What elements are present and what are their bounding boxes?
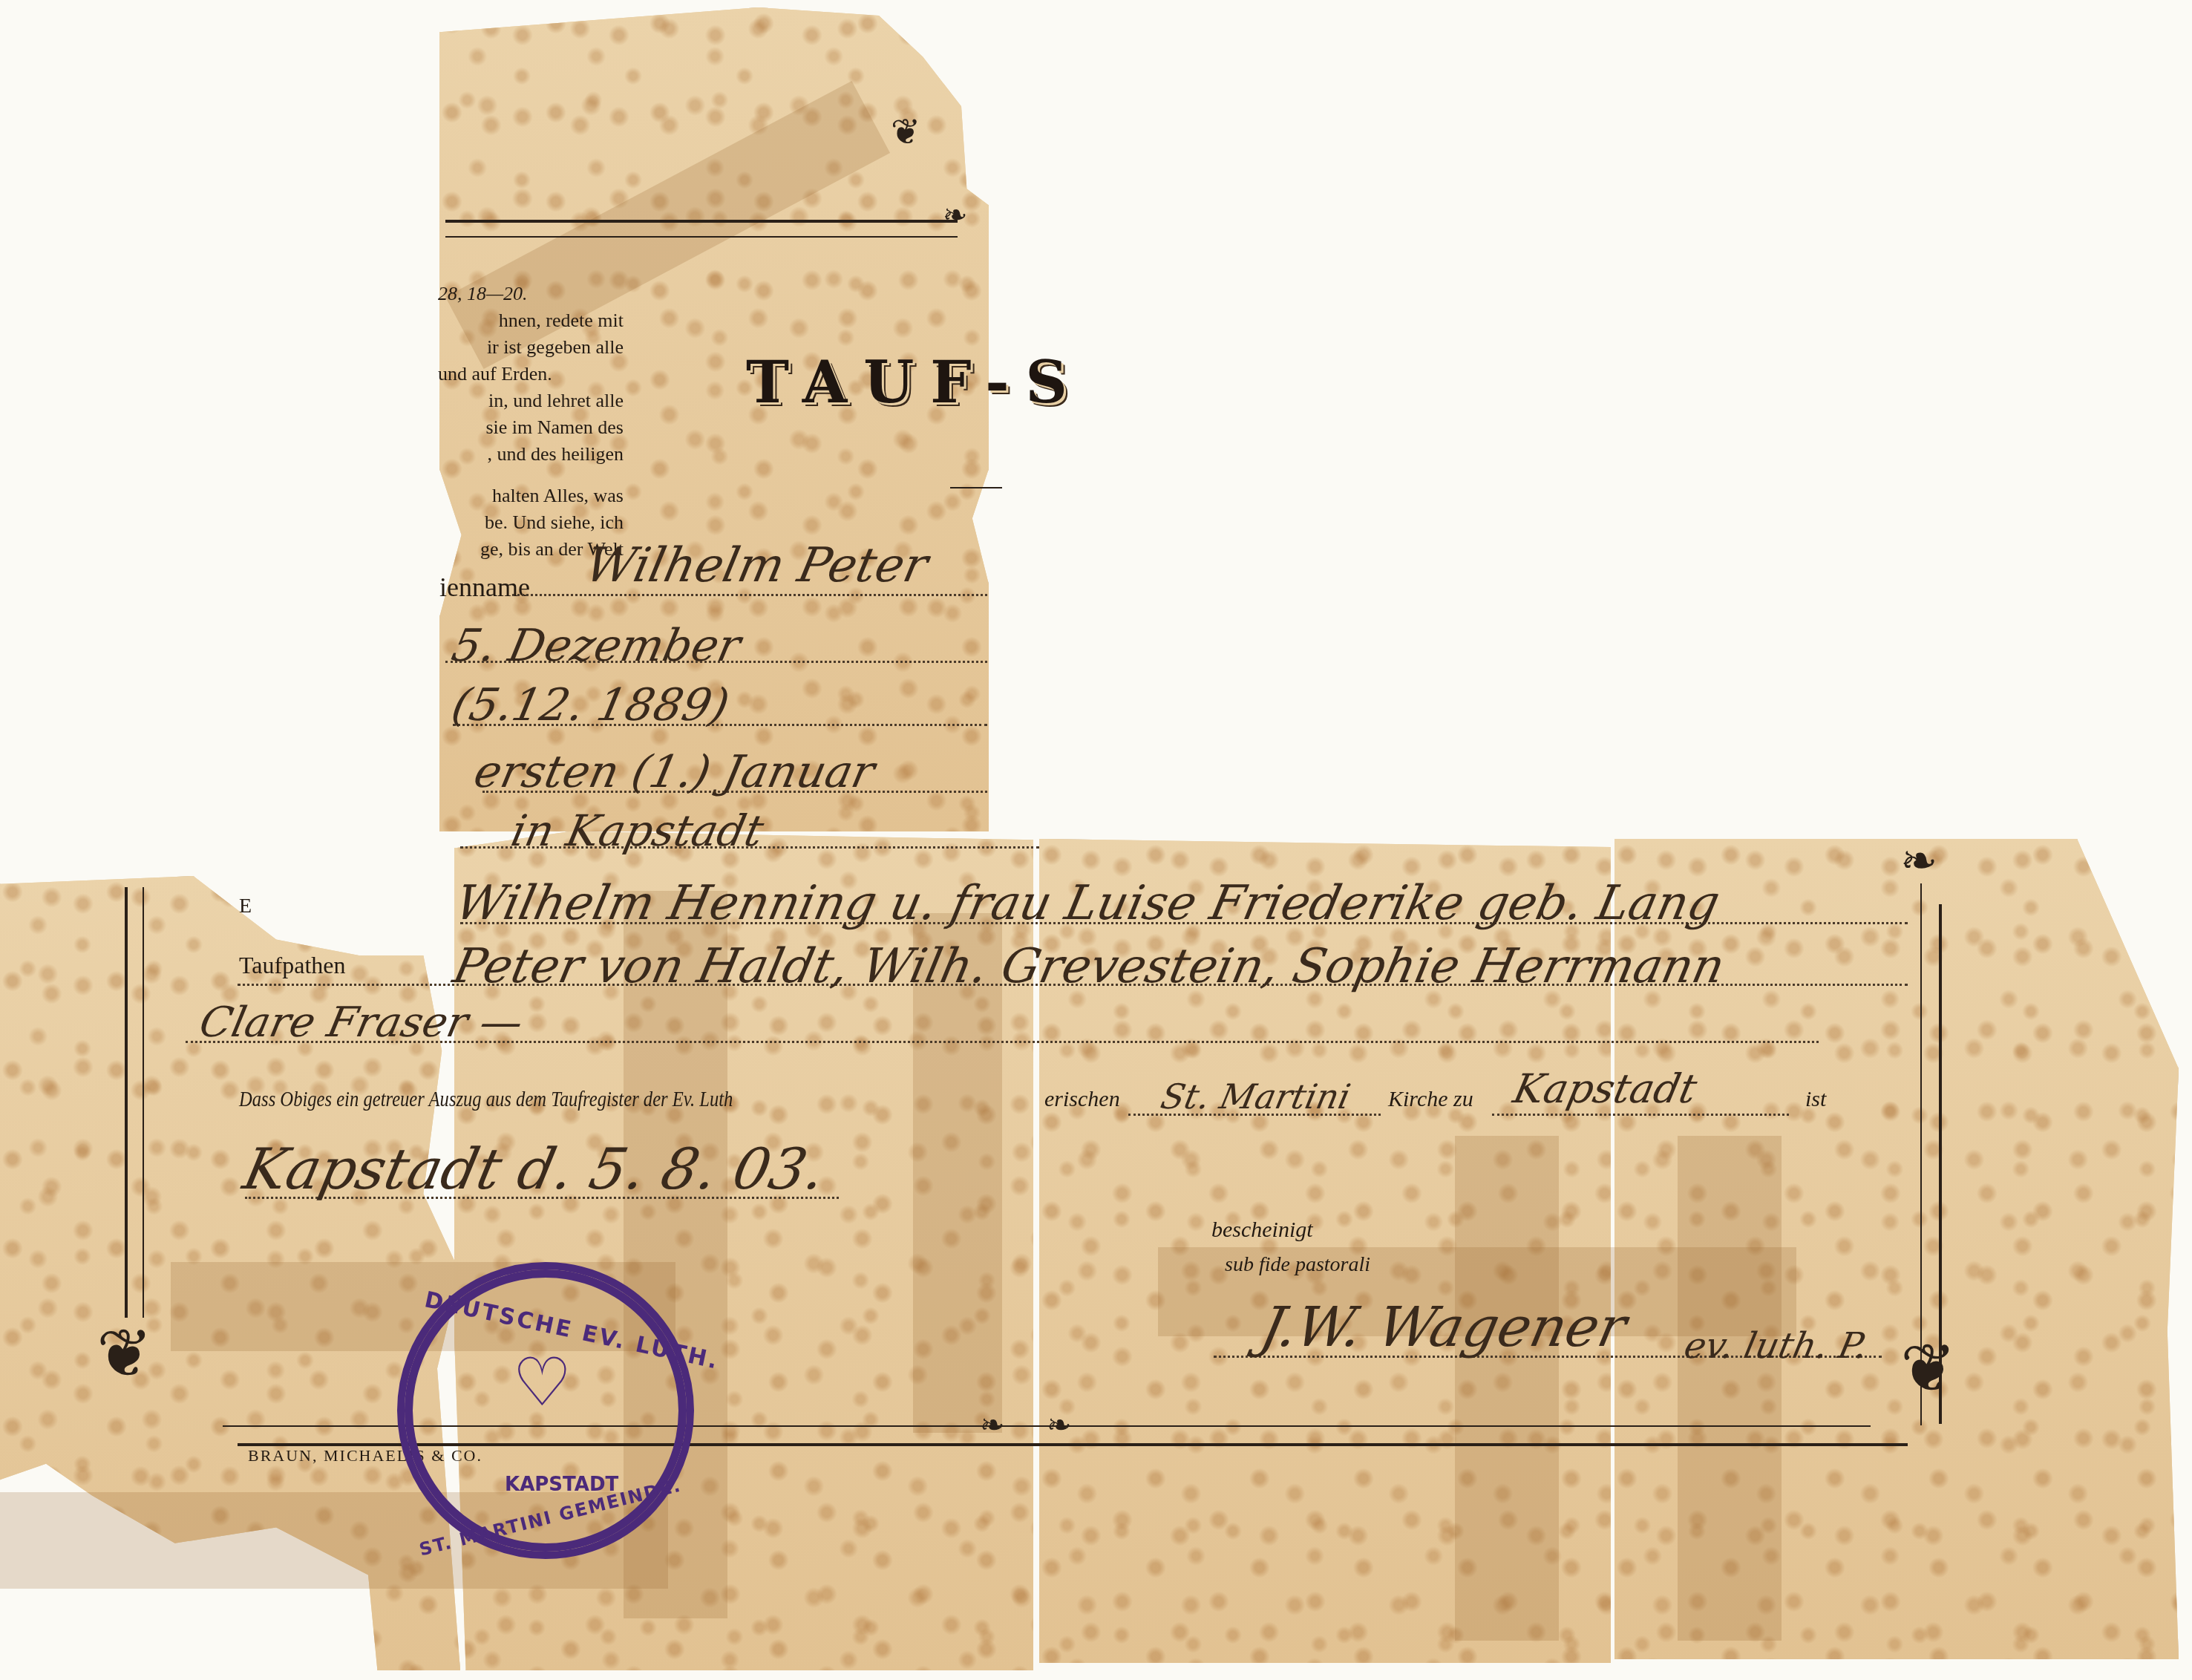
verse-line: und auf Erden. — [438, 361, 624, 388]
ornament-flourish-icon: ❧ — [1047, 1411, 1072, 1440]
name-label: ienname — [439, 572, 530, 603]
ornament-corner-icon: ❧ — [943, 200, 968, 230]
rule-under-title — [950, 487, 1002, 488]
verse-line: ir ist gegeben alle — [438, 334, 624, 361]
verse-line: , und des heiligen — [438, 441, 624, 468]
attested-label: bescheinigt — [1211, 1217, 1313, 1243]
ornament-flourish-icon: ❧ — [980, 1411, 1005, 1440]
name-value: Wilhelm Peter — [580, 538, 932, 593]
birth-day: 5. Dezember — [448, 620, 745, 672]
cert-text: Dass Obiges ein getreuer Auszug aus dem … — [239, 1087, 733, 1112]
rule-top-2 — [445, 236, 958, 238]
tape-strip — [1678, 1136, 1782, 1641]
godparents-line1: Peter von Haldt, Wilh. Grevestein, Sophi… — [448, 939, 1730, 994]
godparents-line2: Clare Fraser — — [195, 998, 527, 1047]
cert-text-part4: Kirche zu — [1388, 1087, 1473, 1112]
baptism-place: in Kapstadt — [507, 805, 768, 856]
verse-line: be. Und siehe, ich — [438, 509, 624, 536]
frame-left-inner — [143, 887, 144, 1318]
dotted-line — [512, 594, 987, 596]
cert-text-part3: erischen — [1044, 1087, 1120, 1112]
verse-line: halten Alles, was — [438, 483, 624, 509]
verse-line: hnen, redete mit — [438, 307, 624, 334]
parents-value: Wilhelm Henning u. frau Luise Friederike… — [451, 876, 1724, 931]
ornament-corner-icon: ❦ — [1900, 1336, 1956, 1403]
dotted-line — [1492, 1114, 1789, 1116]
ornament-corner-icon: ❦ — [96, 1321, 152, 1388]
place-date: Kapstadt d. 5. 8. 03. — [238, 1136, 831, 1202]
document-title: TAUF-S — [746, 349, 1084, 416]
pastor-signature: J.W. Wagener — [1255, 1295, 1632, 1359]
stamp-center-text: KAPSTADT — [505, 1474, 618, 1496]
cert-text-part2: treuer Auszug aus dem Taufregister der E… — [381, 1087, 733, 1111]
cert-text-part1: Dass Obiges ein ge — [239, 1087, 381, 1111]
cert-text-part5: ist — [1805, 1087, 1826, 1112]
birth-date: (5.12. 1889) — [448, 679, 734, 731]
stamp-emblem-icon: ♡ — [512, 1344, 572, 1422]
ornament-flourish-icon: ❦ — [891, 115, 920, 151]
ornament-corner-icon: ❧ — [1900, 839, 1937, 883]
baptism-date: ersten (1.) Januar — [470, 746, 880, 798]
verse-line: in, und lehret alle — [438, 388, 624, 414]
frame-left-outer — [125, 887, 128, 1318]
tape-strip — [1455, 1136, 1559, 1641]
verse-line — [438, 468, 624, 483]
church-name: St. Martini — [1157, 1076, 1354, 1117]
verse-reference: 28, 18—20. — [438, 281, 624, 307]
godparents-label: Taufpathen — [239, 952, 345, 979]
city-name: Kapstadt — [1509, 1065, 1701, 1112]
bible-verse: 28, 18—20. hnen, redete mit ir ist gegeb… — [438, 281, 624, 563]
verse-line: sie im Namen des — [438, 414, 624, 441]
fragment-label: E — [239, 895, 252, 918]
rule-top-1 — [445, 220, 958, 223]
pastor-title: ev. luth. P. — [1681, 1325, 1871, 1367]
sub-fide-label: sub fide pastorali — [1225, 1253, 1370, 1277]
